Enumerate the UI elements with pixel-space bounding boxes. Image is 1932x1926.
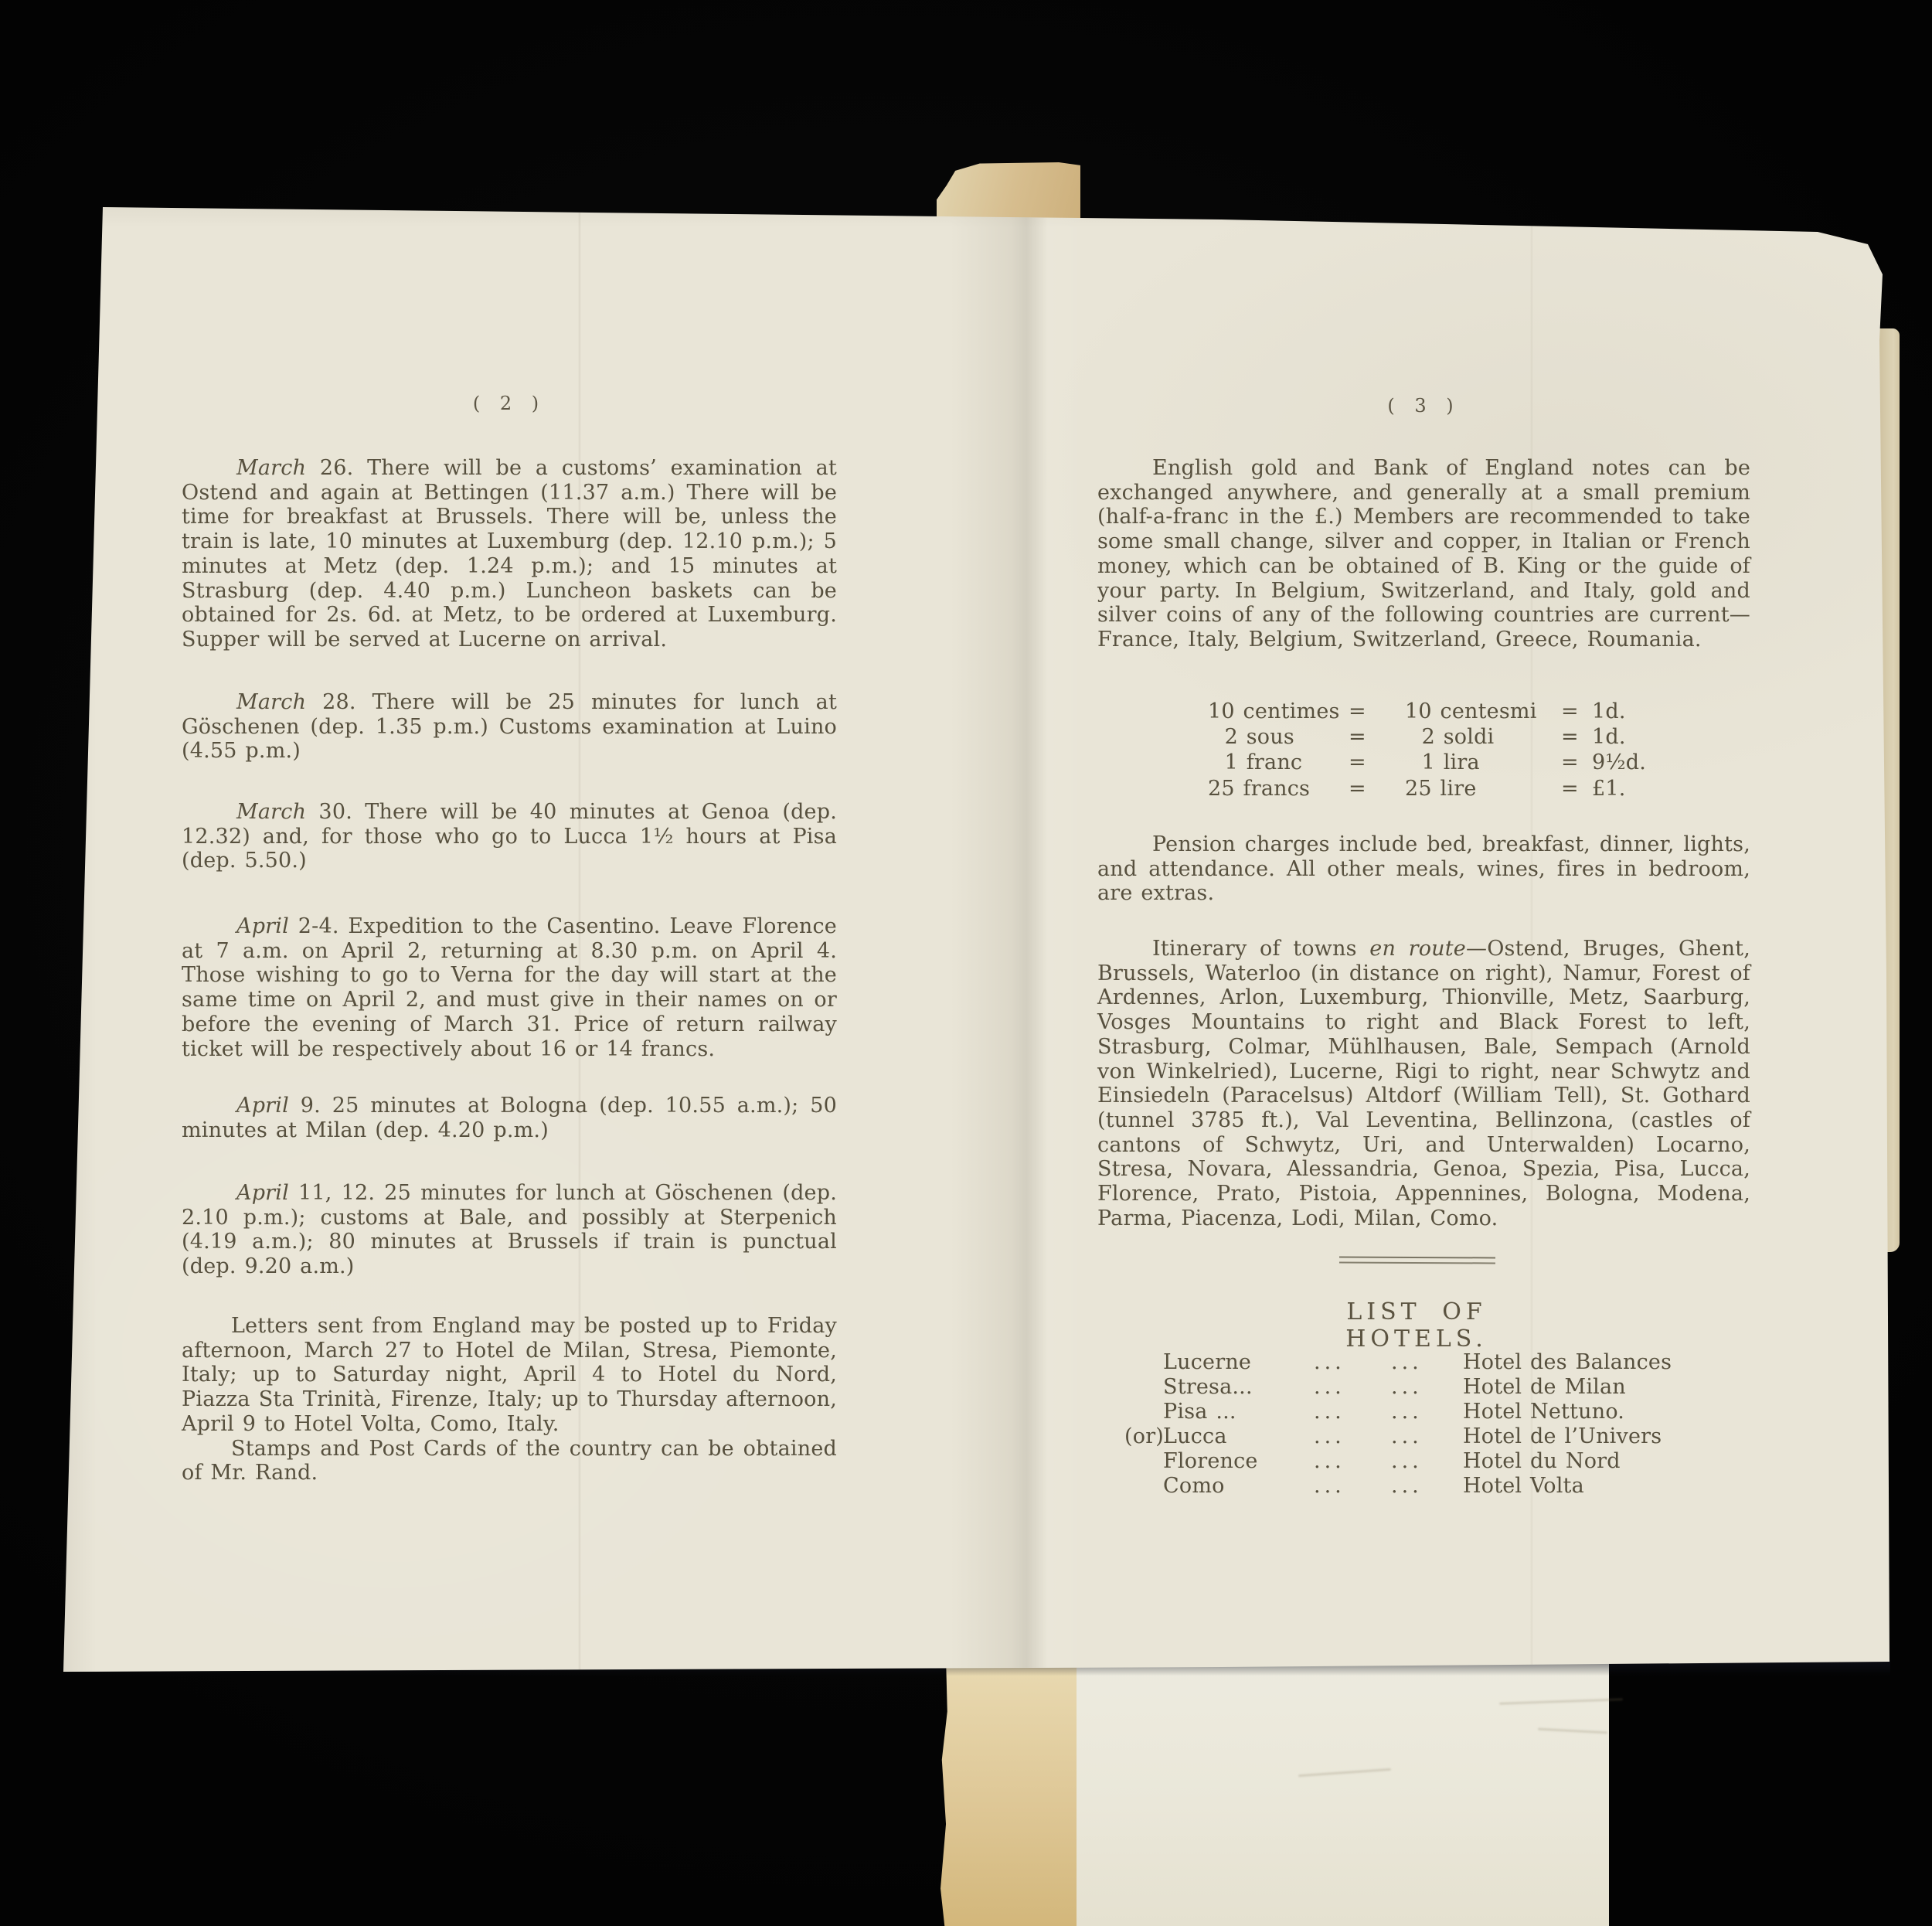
currency-table: 10 centimes=10 centesmi=1d. 2 sous= 2 so… (1208, 699, 1757, 802)
dot-leader: ... (1314, 1449, 1345, 1474)
currency-to: 10 centesmi (1405, 699, 1537, 724)
currency-row: 25 francs=25 lire=£1. (1208, 777, 1757, 802)
equals-sign: = (1561, 725, 1579, 750)
hotel-name: Hotel Nettuno. (1463, 1400, 1624, 1424)
date-label: 9. (289, 1094, 321, 1118)
page3-number: ( 3 ) (1097, 395, 1750, 417)
month-label: April (236, 914, 289, 938)
dot-leader: ... (1391, 1424, 1423, 1449)
month-label: April (236, 1181, 289, 1205)
itinerary-en-route: en route (1369, 937, 1466, 961)
itinerary-paragraph: Itinerary of towns en route—Ostend, Brug… (1097, 937, 1750, 1230)
dot-leader: ... (1314, 1424, 1345, 1449)
center-fold (951, 201, 1086, 1677)
hotels-list-title: LIST OF HOTELS. (1285, 1298, 1548, 1353)
month-label: March (236, 800, 306, 824)
page2-paragraph-april-9: April 9. 25 minutes at Bologna (dep. 10.… (182, 1094, 837, 1142)
page2-paragraph-april-11-12: April 11, 12. 25 minutes for lunch at Gö… (182, 1181, 837, 1279)
hotel-city: Pisa ... (1163, 1400, 1236, 1424)
pension-paragraph: Pension charges include bed, breakfast, … (1097, 832, 1750, 906)
currency-from: 25 francs (1208, 777, 1310, 801)
stamps-paragraph: Stamps and Post Cards of the country can… (182, 1437, 837, 1485)
page2-closing-paragraphs: Letters sent from England may be posted … (182, 1314, 837, 1485)
hotel-row: Como......Hotel Volta (1097, 1474, 1750, 1499)
page3-intro-paragraph: English gold and Bank of England notes c… (1097, 456, 1750, 652)
currency-from: 2 sous (1208, 725, 1294, 750)
date-label: 26. (306, 456, 353, 480)
dot-leader: ... (1314, 1375, 1345, 1400)
section-divider-rule (1339, 1257, 1495, 1264)
month-label: March (236, 690, 306, 714)
paragraph-text: There will be a customs’ examination at … (182, 456, 837, 652)
equals-sign: = (1349, 750, 1366, 775)
currency-row: 10 centimes=10 centesmi=1d. (1208, 699, 1757, 725)
dot-leader: ... (1391, 1474, 1423, 1499)
hotel-city: Lucerne (1163, 1350, 1251, 1375)
booklet-spread: ( 2 ) March 26. There will be a customs’… (62, 201, 1895, 1677)
hotel-city: Florence (1163, 1449, 1258, 1474)
hotel-row: Pisa .........Hotel Nettuno. (1097, 1400, 1750, 1424)
hotel-name: Hotel de Milan (1463, 1375, 1626, 1400)
dot-leader: ... (1314, 1474, 1345, 1499)
currency-gbp: 1d. (1592, 699, 1626, 724)
date-label: 2-4. (289, 914, 339, 938)
photo-backdrop: ( 2 ) March 26. There will be a customs’… (0, 0, 1932, 1926)
hotel-city: Como (1163, 1474, 1225, 1499)
currency-gbp: 1d. (1592, 725, 1626, 750)
hotel-row: Stresa.........Hotel de Milan (1097, 1375, 1750, 1400)
equals-sign: = (1561, 777, 1579, 801)
dot-leader: ... (1391, 1400, 1423, 1424)
dot-leader: ... (1391, 1449, 1423, 1474)
equals-sign: = (1561, 699, 1579, 724)
hotel-city: Stresa... (1163, 1375, 1253, 1400)
month-label: April (236, 1094, 289, 1118)
date-label: 11, 12. (289, 1181, 375, 1205)
page2-paragraph-march-26: March 26. There will be a customs’ exami… (182, 456, 837, 652)
currency-from: 10 centimes (1208, 699, 1340, 724)
page2-paragraph-march-30: March 30. There will be 40 minutes at Ge… (182, 800, 837, 873)
dot-leader: ... (1391, 1375, 1423, 1400)
equals-sign: = (1349, 725, 1366, 750)
equals-sign: = (1561, 750, 1579, 775)
page2-paragraph-march-28: March 28. There will be 25 minutes for l… (182, 690, 837, 764)
paper-slip-top (937, 162, 1080, 223)
paper-sheet-bottom (1074, 1658, 1609, 1926)
hotel-row: (or)Lucca......Hotel de l’Univers (1097, 1424, 1750, 1449)
hotel-city: Lucca (1163, 1424, 1227, 1449)
hotel-name: Hotel Volta (1463, 1474, 1584, 1499)
page2-paragraph-april-2-4: April 2-4. Expedition to the Casentino. … (182, 914, 837, 1061)
currency-gbp: £1. (1592, 777, 1626, 801)
dot-leader: ... (1314, 1350, 1345, 1375)
hotel-name: Hotel de l’Univers (1463, 1424, 1662, 1449)
itinerary-pre: Itinerary of towns (1152, 937, 1369, 961)
hotel-name: Hotel des Balances (1463, 1350, 1672, 1375)
currency-gbp: 9½d. (1592, 750, 1646, 775)
currency-row: 2 sous= 2 soldi=1d. (1208, 725, 1757, 750)
hotel-or-prefix: (or) (1124, 1424, 1164, 1449)
paper-slip-bottom (940, 1658, 1077, 1926)
currency-to: 1 lira (1405, 750, 1480, 775)
page2-number: ( 2 ) (182, 393, 837, 414)
equals-sign: = (1349, 777, 1366, 801)
currency-row: 1 franc= 1 lira=9½d. (1208, 750, 1757, 776)
dot-leader: ... (1314, 1400, 1345, 1424)
currency-from: 1 franc (1208, 750, 1302, 775)
date-label: 28. (306, 690, 356, 714)
currency-to: 2 soldi (1405, 725, 1494, 750)
equals-sign: = (1349, 699, 1366, 724)
currency-to: 25 lire (1405, 777, 1477, 801)
month-label: March (236, 456, 306, 480)
letters-paragraph: Letters sent from England may be posted … (182, 1314, 837, 1437)
dot-leader: ... (1391, 1350, 1423, 1375)
itinerary-towns: —Ostend, Bruges, Ghent, Brussels, Waterl… (1097, 937, 1750, 1230)
hotel-row: Lucerne......Hotel des Balances (1097, 1350, 1750, 1375)
date-label: 30. (306, 800, 352, 824)
hotel-row: Florence......Hotel du Nord (1097, 1449, 1750, 1474)
hotel-name: Hotel du Nord (1463, 1449, 1621, 1474)
